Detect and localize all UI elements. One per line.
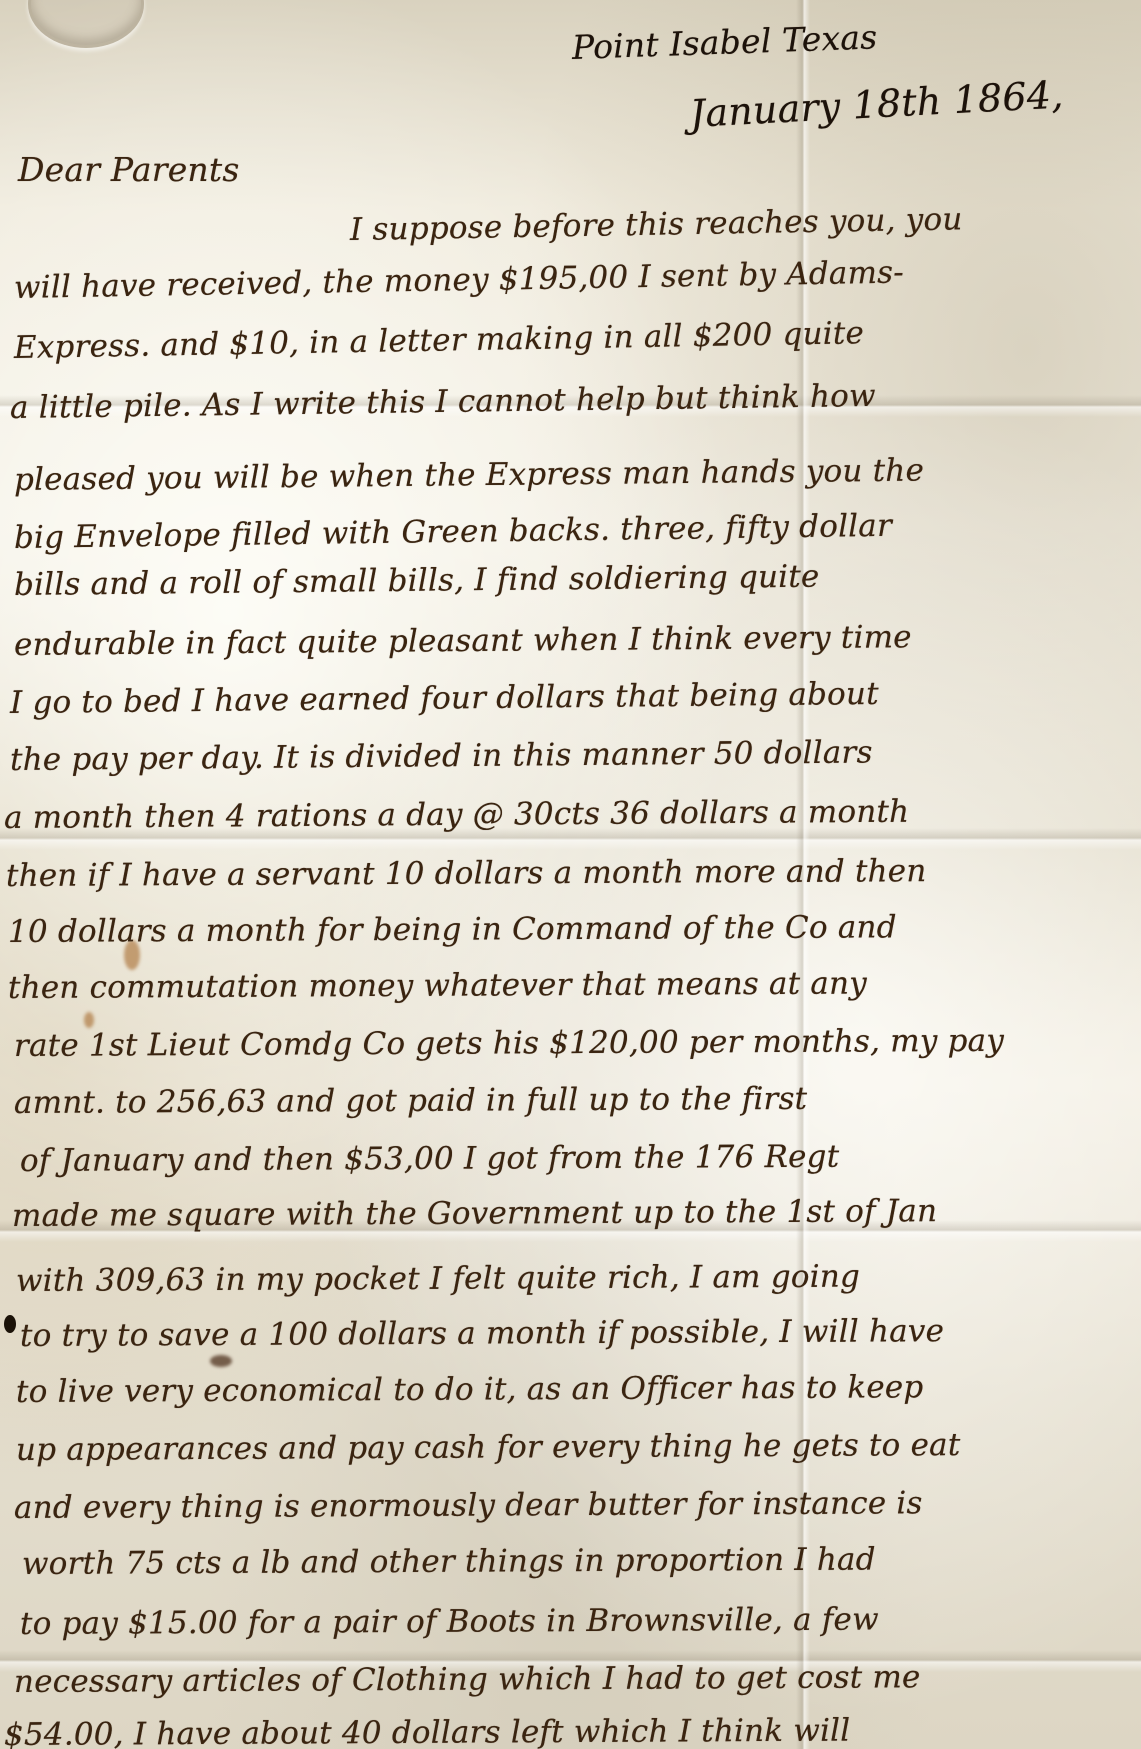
letter-line: amnt. to 256,63 and got paid in full up … [14, 1081, 807, 1121]
letter-line: I suppose before this reaches you, you [350, 201, 963, 248]
letter-page: Point Isabel Texas January 18th 1864, De… [0, 0, 1141, 1749]
letter-line: 10 dollars a month for being in Command … [8, 909, 897, 950]
letter-line: Express. and $10, in a letter making in … [14, 315, 865, 366]
letter-line: worth 75 cts a lb and other things in pr… [22, 1542, 876, 1582]
letter-line: of January and then $53,00 I got from th… [20, 1139, 840, 1179]
embossed-seal [28, 0, 144, 48]
letter-line: will have received, the money $195,00 I … [14, 254, 905, 306]
letter-line: made me square with the Government up to… [12, 1193, 937, 1234]
letter-place: Point Isabel Texas [571, 17, 878, 67]
letter-line: to pay $15.00 for a pair of Boots in Bro… [20, 1602, 879, 1642]
letter-line: bills and a roll of small bills, I find … [14, 559, 820, 603]
letter-salutation: Dear Parents [18, 150, 239, 189]
ink-stain [210, 1355, 232, 1367]
letter-line: with 309,63 in my pocket I felt quite ri… [16, 1259, 860, 1299]
letter-date: January 18th 1864, [689, 72, 1065, 136]
letter-line: a little pile. As I write this I cannot … [10, 378, 876, 426]
letter-line: and every thing is enormously dear butte… [14, 1485, 923, 1526]
letter-line: necessary articles of Clothing which I h… [14, 1659, 921, 1700]
letter-line: endurable in fact quite pleasant when I … [14, 619, 912, 663]
letter-line: pleased you will be when the Express man… [14, 452, 924, 498]
ink-stain [84, 1012, 94, 1028]
ink-blot [4, 1315, 16, 1333]
letter-line: a month then 4 rations a day @ 30cts 36 … [4, 794, 909, 836]
letter-line: to try to save a 100 dollars a month if … [20, 1313, 944, 1354]
letter-line: rate 1st Lieut Comdg Co gets his $120,00… [14, 1023, 1004, 1064]
letter-line: to live very economical to do it, as an … [16, 1369, 924, 1410]
letter-line: up appearances and pay cash for every th… [16, 1427, 961, 1468]
letter-line: then if I have a servant 10 dollars a mo… [6, 853, 927, 894]
letter-line: I go to bed I have earned four dollars t… [10, 676, 879, 721]
letter-line: $54.00, I have about 40 dollars left whi… [4, 1713, 851, 1749]
letter-line: the pay per day. It is divided in this m… [10, 734, 873, 778]
letter-line: then commutation money whatever that mea… [8, 966, 867, 1006]
letter-line: big Envelope filled with Green backs. th… [14, 508, 892, 556]
